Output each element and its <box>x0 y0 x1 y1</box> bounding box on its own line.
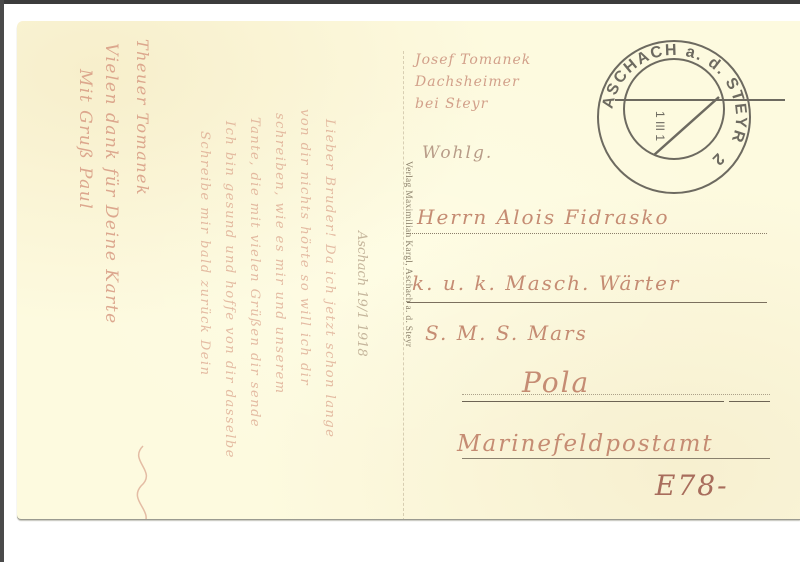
postmark-stamp: ASCHACH a. d. STEYR 1 III 1 2 <box>594 37 754 197</box>
publisher-imprint: Verlag Maximilian Kargl, Aschach a. d. S… <box>403 161 413 347</box>
message-line-thanks: Vielen dank für Deine Karte <box>101 43 121 325</box>
sender-line-3: bei Steyr <box>415 93 531 115</box>
scanner-left-edge <box>0 0 4 562</box>
address-rule-4 <box>462 401 724 402</box>
sender-line-2: Dachsheimer <box>415 71 531 93</box>
address-line-ship: S. M. S. Mars <box>425 321 588 345</box>
postmark-date: 1 III 1 <box>653 111 667 141</box>
postmark-number: 2 <box>709 150 727 168</box>
svg-text:ASCHACH a. d. STEYR: ASCHACH a. d. STEYR <box>599 42 749 146</box>
message-line-1: Lieber Bruder! Da ich jetzt schon lange <box>322 119 337 438</box>
signature-flourish <box>123 441 163 519</box>
scanner-top-edge <box>0 0 800 4</box>
address-rule-2 <box>407 302 767 303</box>
sender-line-1: Josef Tomanek <box>415 49 531 71</box>
message-line-5: Ich bin gesund und hoffe von dir dasselb… <box>222 121 237 459</box>
address-line-rank: k. u. k. Masch. Wärter <box>412 271 680 295</box>
message-line-3: schreiben, wie es mir und unserem <box>272 113 287 395</box>
message-line-2: von dir nichts hörte so will ich dir <box>297 109 312 386</box>
sender-note: Josef Tomanek Dachsheimer bei Steyr <box>415 49 531 115</box>
address-rule-5 <box>729 401 770 402</box>
message-line-4: Tante, die mit vielen Grüßen dir sende <box>247 117 262 428</box>
address-line-postoffice: Marinefeldpostamt <box>457 431 714 457</box>
address-rule-3 <box>462 394 770 395</box>
postmark-ring-text: ASCHACH a. d. STEYR <box>599 42 749 146</box>
address-rule-1 <box>407 233 767 234</box>
postmark-bar <box>615 99 785 101</box>
message-line-greeting: Theuer Tomanek <box>133 39 152 196</box>
date-note: Aschach 19/1 1918 <box>354 231 369 357</box>
message-line-closing: Mit Gruß Paul <box>75 69 95 210</box>
postmark-icon: ASCHACH a. d. STEYR 1 III 1 2 <box>594 37 754 197</box>
address-salutation: Wohlg. <box>422 143 493 163</box>
address-rule-6 <box>462 458 770 459</box>
postal-amount: E78- <box>655 469 729 502</box>
address-line-name: Herrn Alois Fidrasko <box>417 205 670 229</box>
message-line-6: Schreibe mir bald zurück Dein <box>197 131 212 377</box>
